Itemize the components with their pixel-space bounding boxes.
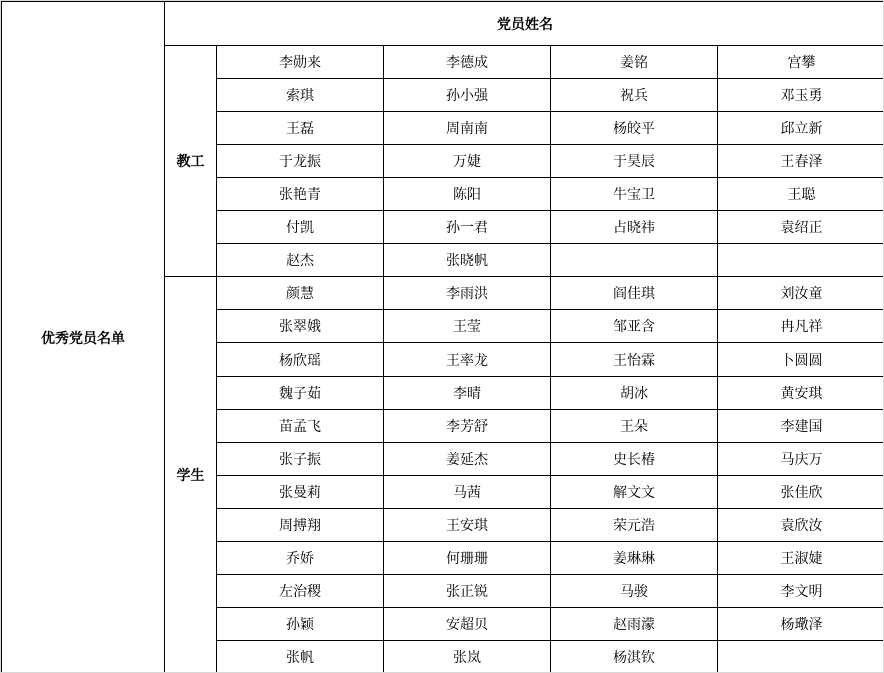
member-name-cell: 付凯 xyxy=(217,211,384,244)
member-name-cell: 何珊珊 xyxy=(384,541,551,574)
member-name-cell: 安超贝 xyxy=(384,607,551,640)
member-name-cell: 邱立新 xyxy=(718,112,884,145)
member-name-cell: 杨皎平 xyxy=(551,112,718,145)
roster-page: 优秀党员名单 党员姓名 教工李勋来李德成姜铭宫攀索琪孙小强祝兵邓玉勇王磊周南南杨… xyxy=(0,0,884,673)
member-name-cell: 王率龙 xyxy=(384,343,551,376)
member-name-cell: 李晴 xyxy=(384,376,551,409)
category-cell-staff: 教工 xyxy=(165,46,217,277)
empty-cell xyxy=(551,244,718,277)
member-name-cell: 孙颖 xyxy=(217,607,384,640)
member-name-cell: 马茜 xyxy=(384,475,551,508)
member-name-cell: 张正锐 xyxy=(384,574,551,607)
member-name-cell: 杨淇钦 xyxy=(551,640,718,673)
roster-table: 优秀党员名单 党员姓名 教工李勋来李德成姜铭宫攀索琪孙小强祝兵邓玉勇王磊周南南杨… xyxy=(1,1,884,673)
member-name-cell: 张佳欣 xyxy=(718,475,884,508)
member-name-cell: 史长椿 xyxy=(551,442,718,475)
member-name-cell: 冉凡祥 xyxy=(718,310,884,343)
member-name-cell: 周搏翔 xyxy=(217,508,384,541)
member-name-cell: 孙小强 xyxy=(384,79,551,112)
member-name-cell: 袁绍正 xyxy=(718,211,884,244)
member-name-cell: 姜铭 xyxy=(551,46,718,79)
member-name-cell: 张晓帆 xyxy=(384,244,551,277)
member-name-cell: 万婕 xyxy=(384,145,551,178)
member-name-cell: 张岚 xyxy=(384,640,551,673)
member-name-cell: 李芳舒 xyxy=(384,409,551,442)
member-name-cell: 颜慧 xyxy=(217,277,384,310)
member-name-cell: 魏子茹 xyxy=(217,376,384,409)
member-name-cell: 李雨洪 xyxy=(384,277,551,310)
member-name-cell: 于昊辰 xyxy=(551,145,718,178)
member-name-cell: 杨欣瑶 xyxy=(217,343,384,376)
member-name-cell: 荣元浩 xyxy=(551,508,718,541)
member-name-cell: 张翠娥 xyxy=(217,310,384,343)
member-name-cell: 王春泽 xyxy=(718,145,884,178)
member-name-cell: 邹亚含 xyxy=(551,310,718,343)
member-name-cell: 李勋来 xyxy=(217,46,384,79)
member-name-cell: 张子振 xyxy=(217,442,384,475)
member-name-cell: 姜延杰 xyxy=(384,442,551,475)
member-name-cell: 胡冰 xyxy=(551,376,718,409)
member-name-cell: 王朵 xyxy=(551,409,718,442)
member-name-cell: 张艳青 xyxy=(217,178,384,211)
member-name-cell: 乔娇 xyxy=(217,541,384,574)
member-name-cell: 马庆万 xyxy=(718,442,884,475)
member-name-cell: 李德成 xyxy=(384,46,551,79)
category-cell-students: 学生 xyxy=(165,277,217,673)
member-name-cell: 牛宝卫 xyxy=(551,178,718,211)
empty-cell xyxy=(718,640,884,673)
member-name-cell: 袁欣汝 xyxy=(718,508,884,541)
member-name-cell: 李文明 xyxy=(718,574,884,607)
member-name-cell: 王莹 xyxy=(384,310,551,343)
member-name-cell: 于龙振 xyxy=(217,145,384,178)
member-name-cell: 马骏 xyxy=(551,574,718,607)
member-name-cell: 卜圆圆 xyxy=(718,343,884,376)
member-name-cell: 王淑婕 xyxy=(718,541,884,574)
member-name-cell: 解文文 xyxy=(551,475,718,508)
member-name-cell: 祝兵 xyxy=(551,79,718,112)
member-name-cell: 苗孟飞 xyxy=(217,409,384,442)
member-name-cell: 占晓祎 xyxy=(551,211,718,244)
member-name-cell: 杨璥泽 xyxy=(718,607,884,640)
member-name-cell: 索琪 xyxy=(217,79,384,112)
member-name-cell: 姜琳琳 xyxy=(551,541,718,574)
member-name-cell: 黄安琪 xyxy=(718,376,884,409)
member-name-cell: 王安琪 xyxy=(384,508,551,541)
member-name-cell: 周南南 xyxy=(384,112,551,145)
empty-cell xyxy=(718,244,884,277)
member-name-cell: 邓玉勇 xyxy=(718,79,884,112)
member-name-cell: 张曼莉 xyxy=(217,475,384,508)
member-name-cell: 陈阳 xyxy=(384,178,551,211)
member-name-cell: 宫攀 xyxy=(718,46,884,79)
member-name-cell: 王磊 xyxy=(217,112,384,145)
member-name-cell: 王聪 xyxy=(718,178,884,211)
member-name-cell: 赵杰 xyxy=(217,244,384,277)
member-name-cell: 赵雨濛 xyxy=(551,607,718,640)
member-name-cell: 左治稷 xyxy=(217,574,384,607)
member-name-cell: 王怡霖 xyxy=(551,343,718,376)
roster-title-cell: 优秀党员名单 xyxy=(2,2,165,673)
member-name-cell: 阎佳琪 xyxy=(551,277,718,310)
member-name-cell: 孙一君 xyxy=(384,211,551,244)
member-name-cell: 张帆 xyxy=(217,640,384,673)
header-row: 优秀党员名单 党员姓名 xyxy=(2,2,884,46)
member-name-cell: 刘汝童 xyxy=(718,277,884,310)
member-name-cell: 李建国 xyxy=(718,409,884,442)
names-header-cell: 党员姓名 xyxy=(165,2,884,46)
